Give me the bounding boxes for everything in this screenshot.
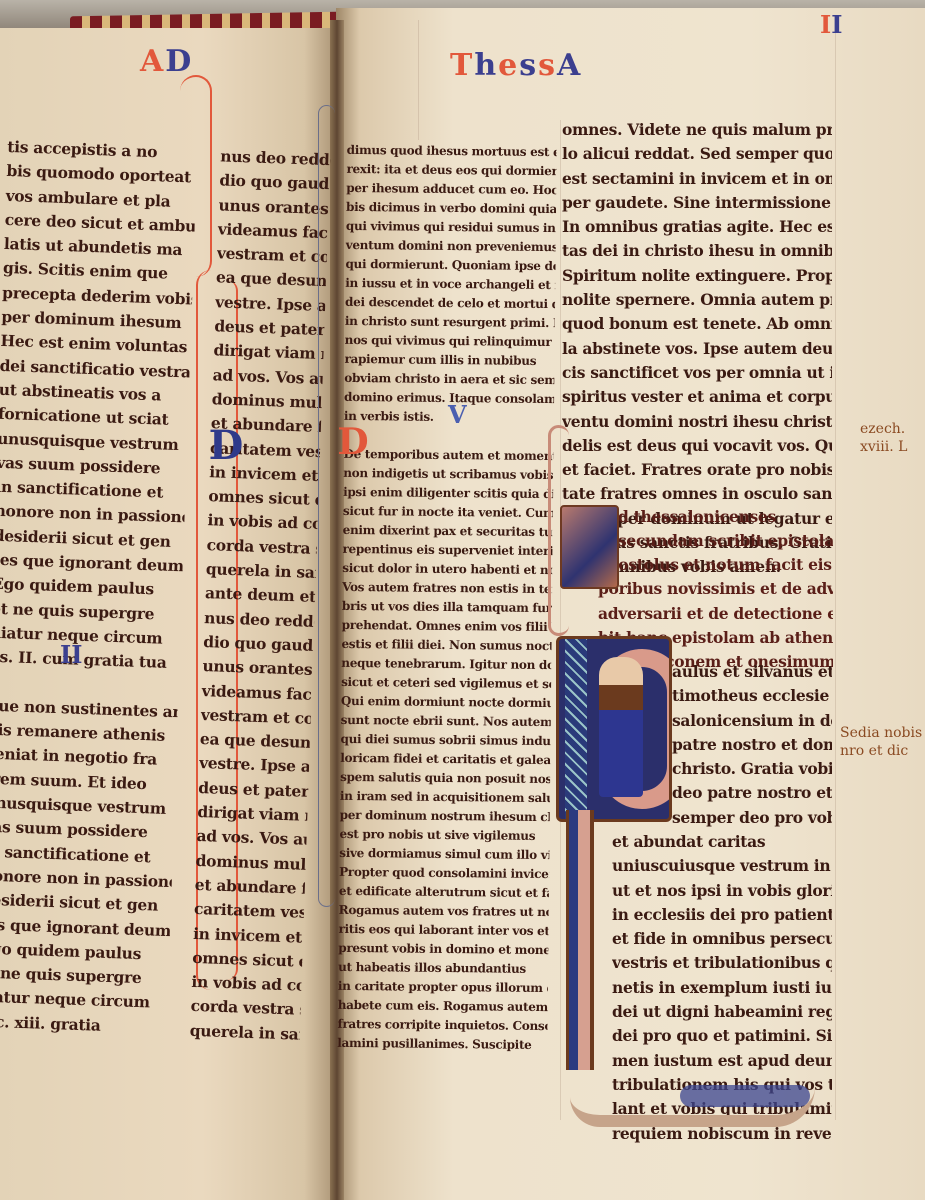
prologue-text: d thessalonicensessecundam scribit epist… [618, 505, 833, 554]
book-text-mid: semper deo pro vobis fra [672, 806, 832, 830]
saint-paul-figure [599, 657, 643, 797]
pen-flourish [318, 105, 335, 907]
initial-p-stem [566, 810, 594, 1070]
ruling-line [418, 20, 419, 140]
left-running-head: AD [140, 44, 193, 79]
book-text-top: aulus et silvanus ettimotheus ecclesie t… [672, 660, 832, 806]
dragon-tail-blue [680, 1085, 810, 1107]
zigzag-border [565, 639, 587, 819]
initial-d-red: D [336, 420, 370, 464]
initial-a-decorated [560, 505, 619, 589]
initial-d-blue: D [206, 425, 246, 467]
marginal-note-lower: Sedia nobisnro et dic [840, 724, 922, 760]
historiated-initial-p [556, 636, 672, 822]
right-running-head: ThessA [450, 48, 582, 83]
right-column-1: dimus quod ihesus mortuus est et resurre… [337, 141, 557, 1055]
initial-v-blue: V [448, 400, 467, 429]
ruling-line [835, 20, 836, 1120]
right-chapter-marker: II [820, 10, 842, 39]
left-column-1: tis accepistis a nobis quomodo oporteatv… [0, 135, 198, 1040]
marginal-note-upper: ezech.xviii. L [860, 420, 907, 456]
left-chapter-marker: II [60, 640, 82, 669]
